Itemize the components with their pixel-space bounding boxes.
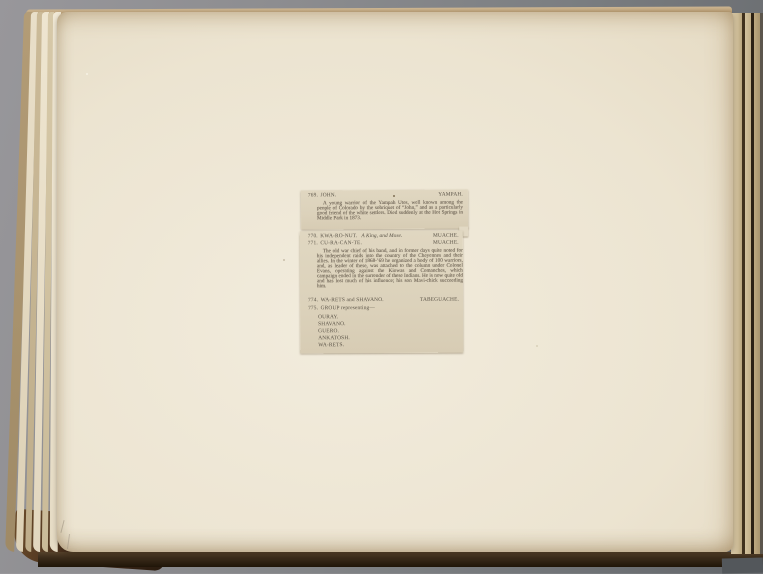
entry-band: MUACHE. (433, 233, 459, 239)
entry-subtitle: A King, and Mose. (361, 233, 402, 239)
background-corner (722, 557, 763, 573)
clipping-slip-lower: 770. KWA-RO-NUT. A King, and Mose. MUACH… (300, 230, 464, 353)
clipping-slip-upper: 769. JOHN. YAMPAH. A young warrior of th… (301, 189, 468, 229)
entry-name: KWA-RO-NUT. (320, 234, 357, 240)
group-name: OURAY. (318, 313, 459, 321)
entry-description: The old war chief of his band, and in fo… (317, 248, 463, 289)
catalog-entry-770: 770. KWA-RO-NUT. A King, and Mose. MUACH… (308, 233, 459, 239)
dust-speck (86, 73, 88, 75)
entry-description: A young warrior of the Yampah Utes, well… (317, 200, 463, 221)
entry-name: CU-RA-CAN-TE. (320, 240, 362, 246)
group-name: WA-RETS. (318, 341, 459, 349)
entry-number: 775. (308, 306, 318, 312)
catalog-entry-775: 775. GROUP representing— (308, 305, 459, 311)
entry-band: MUACHE. (433, 240, 459, 246)
entry-band: TABEGUACHE. (420, 298, 459, 304)
spacer (336, 195, 438, 196)
catalog-entry-774: 774. WA-RETS and SHAVANO. TABEGUACHE. (308, 298, 459, 304)
group-name: ANKATOSH. (318, 334, 459, 342)
entry-band: YAMPAH. (438, 192, 463, 198)
entry-name: WA-RETS and SHAVANO. (321, 298, 384, 304)
group-name-list: OURAY. SHAVANO. GUERO. ANKATOSH. WA-RETS… (318, 313, 459, 349)
photograph-of-album-page: 769. JOHN. YAMPAH. A young warrior of th… (0, 0, 763, 573)
dust-speck (536, 345, 538, 347)
entry-name: JOHN. (320, 193, 336, 199)
entry-name: GROUP representing— (321, 306, 375, 312)
catalog-entry-771: 771. CU-RA-CAN-TE. MUACHE. (308, 240, 459, 246)
dust-speck (393, 195, 395, 197)
book-bottom-cover-edge (38, 552, 763, 567)
entry-number: 771. (308, 241, 318, 247)
entry-number: 774. (308, 298, 318, 304)
entry-number: 770. (308, 234, 318, 240)
group-name: SHAVANO. (318, 320, 459, 328)
catalog-entry-769: 769. JOHN. YAMPAH. (308, 192, 463, 199)
entry-number: 769. (308, 193, 318, 199)
group-name: GUERO. (318, 327, 459, 335)
dust-speck (283, 259, 285, 261)
